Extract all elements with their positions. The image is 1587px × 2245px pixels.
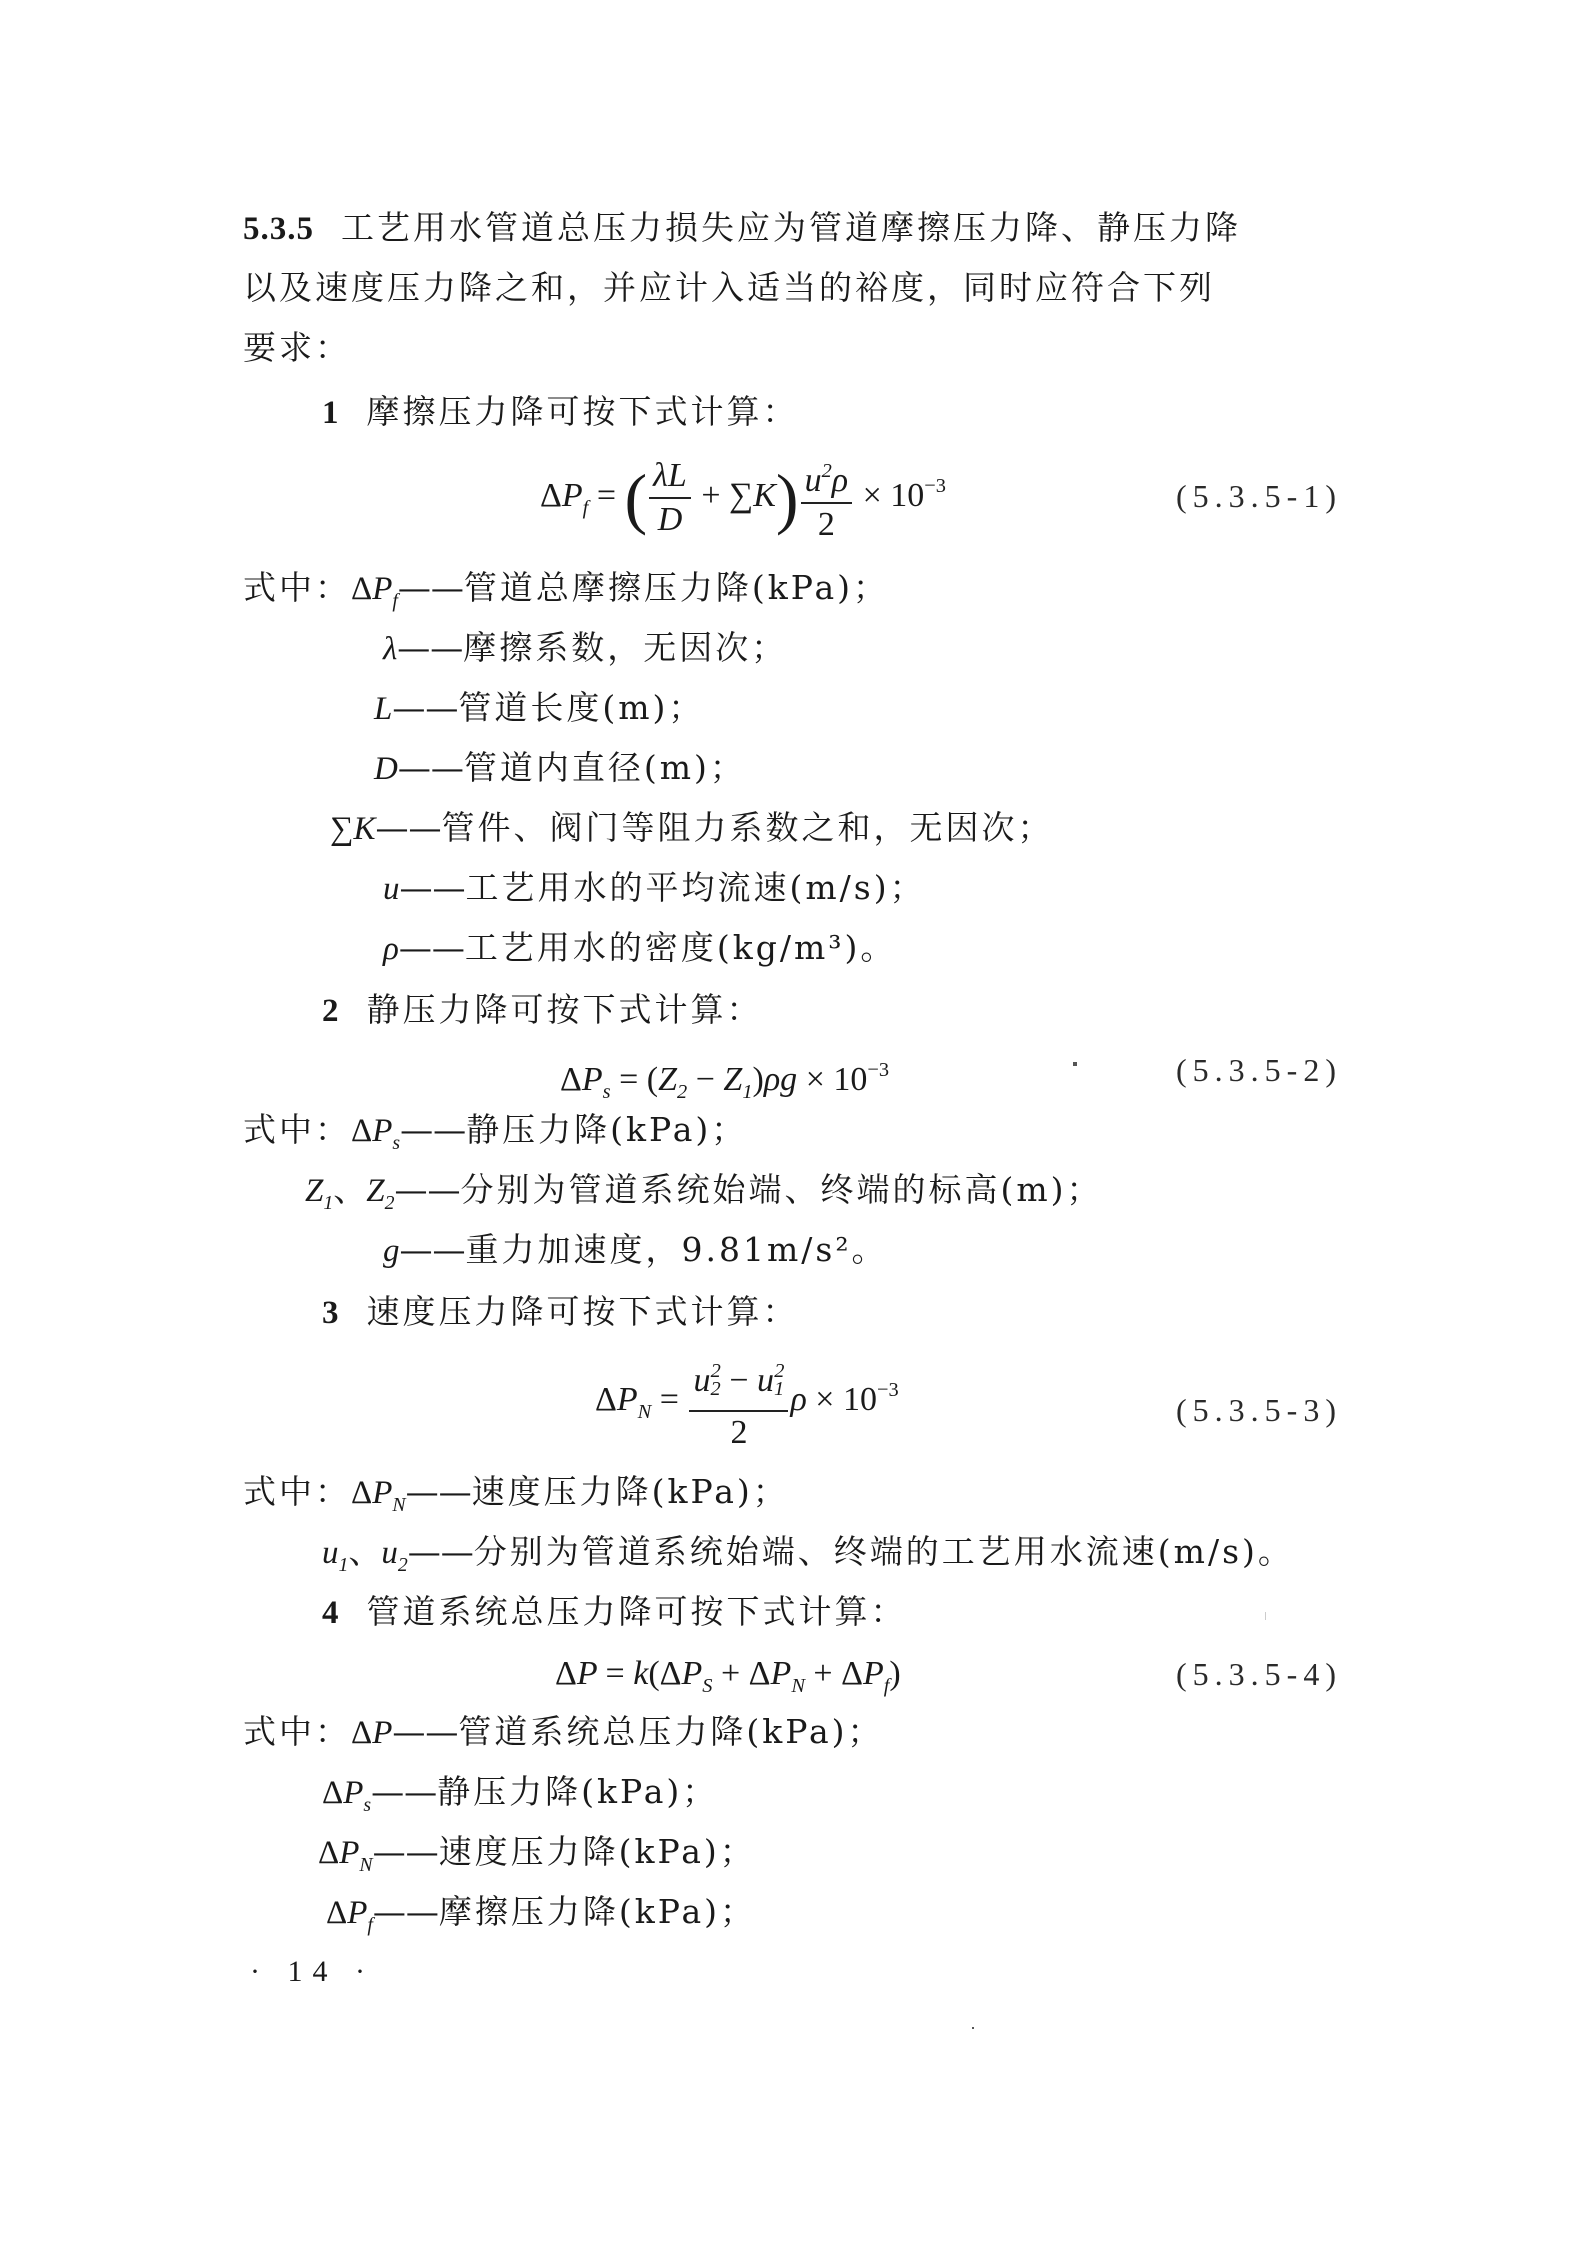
definition-row: ΔPs——静压力降(kPa)； [322,1770,718,1827]
definition-row: ∑K——管件、阀门等阻力系数之和，无因次； [330,806,1054,851]
equation-5-3-5-4: ΔP = k(ΔPS + ΔPN + ΔPf) [555,1652,901,1708]
item-2-heading: 2 静压力降可按下式计算： [322,988,762,1033]
section-number: 5.3.5 [243,211,314,247]
definition-row: u1、u2——分别为管道系统始端、终端的工艺用水流速(m/s)。 [322,1530,1294,1587]
scan-speck [1265,1612,1266,1620]
item-4-heading: 4 管道系统总压力降可按下式计算： [322,1590,906,1635]
definition-row: 式中：ΔPN——速度压力降(kPa)； [243,1470,789,1527]
definition-row: 式中：ΔPs——静压力降(kPa)； [243,1108,747,1165]
definition-row: ΔPf——摩擦压力降(kPa)； [326,1890,756,1947]
definition-row: 式中：ΔPf——管道总摩擦压力降(kPa)； [243,566,889,623]
equation-5-3-5-3: ΔPN = u22 − u122ρ × 10−3 [595,1350,899,1454]
definition-row: ΔPN——速度压力降(kPa)； [318,1830,756,1887]
definition-row: D——管道内直径(m)； [374,746,746,791]
section-intro-line2: 以及速度压力降之和，并应计入适当的裕度，同时应符合下列 [243,266,1215,310]
definition-row: u——工艺用水的平均流速(m/s)； [383,866,926,911]
equation-5-3-5-1: ΔPf = (λLD + ∑K)u2ρ2 × 10−3 [540,450,946,546]
scan-speck [1073,1062,1077,1066]
equation-number-4: (5.3.5-4) [1176,1656,1342,1693]
equation-number-2: (5.3.5-2) [1176,1052,1342,1089]
definition-row: g——重力加速度，9.81m/s²。 [383,1228,888,1273]
item-1-heading: 1 摩擦压力降可按下式计算： [322,390,798,435]
equation-5-3-5-2: ΔPs = (Z2 − Z1)ρg × 10−3 [560,1048,889,1114]
equation-number-1: (5.3.5-1) [1176,478,1342,515]
section-intro-line1: 5.3.5 工艺用水管道总压力损失应为管道摩擦压力降、静压力降 [243,206,1241,251]
definition-row: Z1、Z2——分别为管道系统始端、终端的标高(m)； [305,1168,1103,1225]
equation-number-3: (5.3.5-3) [1176,1392,1342,1429]
page-number: · 14 · [250,1955,375,1989]
definition-row: 式中：ΔP——管道系统总压力降(kPa)； [243,1710,884,1755]
item-3-heading: 3 速度压力降可按下式计算： [322,1290,798,1335]
definition-row: λ——摩擦系数，无因次； [383,626,787,671]
definition-row: L——管道长度(m)； [374,686,704,731]
definition-row: ρ——工艺用水的密度(kg/m³)。 [383,926,896,971]
scan-speck [972,2027,974,2029]
section-intro-line3: 要求： [243,326,351,370]
